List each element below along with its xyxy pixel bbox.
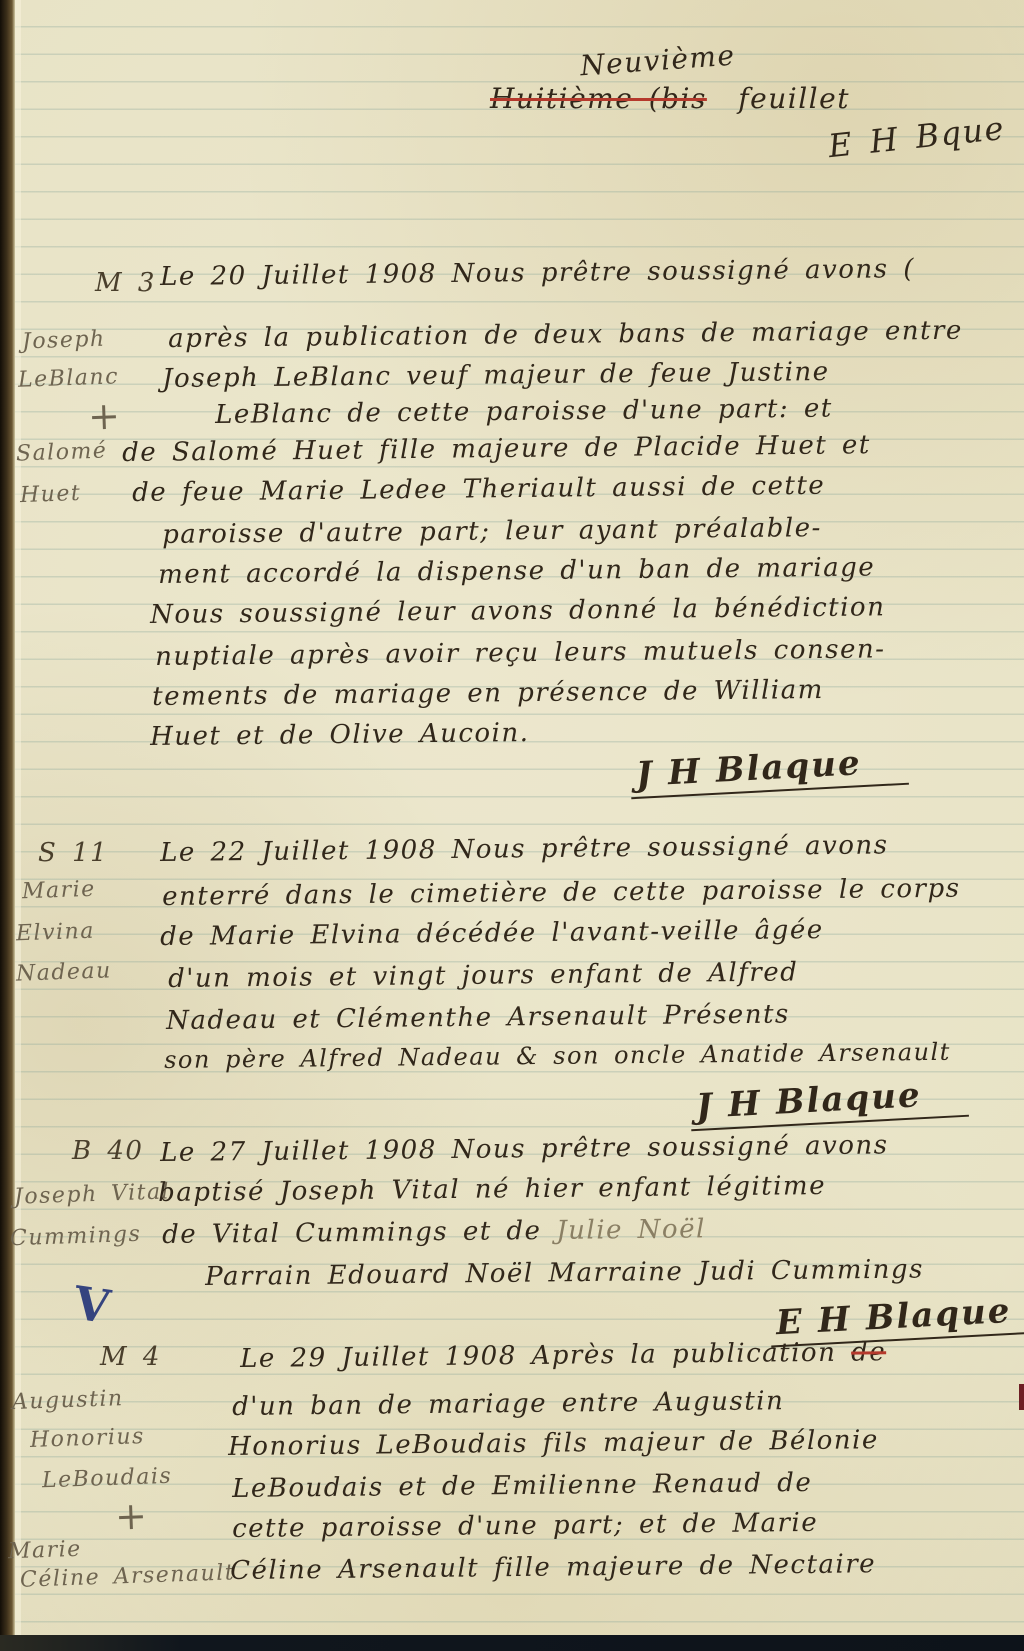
record-line: de Marie Elvina décédée l'avant-veille â… bbox=[160, 915, 824, 952]
margin-note: Honorius bbox=[30, 1424, 146, 1453]
margin-note: LeBoudais bbox=[42, 1464, 173, 1494]
margin-note: Céline Arsenault bbox=[20, 1560, 236, 1592]
record-line: ment accordé la dispense d'un ban de mar… bbox=[158, 552, 875, 590]
margin-note: Cummings bbox=[10, 1222, 142, 1252]
record-line: Le 29 Juillet 1908 Après la publication bbox=[240, 1338, 851, 1374]
record-line: Huet et de Olive Aucoin. bbox=[150, 718, 530, 752]
scan-edge-mark bbox=[1019, 1384, 1024, 1410]
margin-cross: + bbox=[114, 1493, 149, 1538]
record-line: cette paroisse d'une part; et de Marie bbox=[232, 1508, 818, 1544]
margin-note: Huet bbox=[20, 481, 82, 508]
record-line: Nadeau et Clémenthe Arsenault Présents bbox=[166, 999, 790, 1036]
record-line: paroisse d'autre part; leur ayant préala… bbox=[162, 513, 822, 550]
record-line: Joseph LeBlanc veuf majeur de feue Justi… bbox=[162, 357, 830, 394]
signature: J H Blaque bbox=[689, 1073, 969, 1131]
scan-bottom-edge bbox=[0, 1635, 1024, 1651]
folio-correction: Neuvième bbox=[579, 39, 737, 83]
signature: J H Blaque bbox=[629, 741, 909, 799]
record-line: nuptiale après avoir reçu leurs mutuels … bbox=[155, 634, 886, 672]
margin-note: Salomé bbox=[16, 438, 108, 466]
record-line: après la publication de deux bans de mar… bbox=[168, 316, 963, 354]
register-page: Neuvième Huitième (bis feuillet E H Bque… bbox=[0, 0, 1024, 1651]
record-line: d'un mois et vingt jours enfant de Alfre… bbox=[168, 957, 798, 994]
record-line: Honorius LeBoudais fils majeur de Béloni… bbox=[228, 1425, 879, 1462]
margin-cross: + bbox=[87, 393, 122, 438]
record-line: enterré dans le cimetière de cette paroi… bbox=[162, 874, 961, 912]
record-id: S 11 bbox=[38, 838, 108, 868]
record-line-light: Julie Noël bbox=[556, 1214, 706, 1246]
record-line: baptisé Joseph Vital né hier enfant légi… bbox=[158, 1171, 826, 1208]
record-line: de Salomé Huet fille majeure de Placide … bbox=[122, 430, 871, 468]
record-line-struck: de bbox=[851, 1337, 886, 1367]
record-id: M 4 bbox=[100, 1342, 161, 1372]
record-id: B 40 bbox=[72, 1136, 143, 1166]
folio-struck-text: Huitième (bis bbox=[490, 82, 707, 115]
record-line: de Vital Cummings et de bbox=[162, 1216, 556, 1250]
record-line: LeBlanc de cette paroisse d'une part: et bbox=[215, 394, 833, 430]
margin-note: Marie bbox=[8, 1537, 83, 1565]
record-line: d'un ban de mariage entre Augustin bbox=[232, 1386, 784, 1422]
record-line: Le 22 Juillet 1908 Nous prêtre soussigné… bbox=[160, 830, 889, 868]
margin-note: Elvina bbox=[16, 919, 96, 947]
record-line: Nous soussigné leur avons donné la bénéd… bbox=[150, 592, 886, 630]
margin-note: LeBlanc bbox=[18, 364, 120, 393]
margin-note: Augustin bbox=[12, 1386, 124, 1415]
record-line: Le 20 Juillet 1908 Nous prêtre soussigné… bbox=[160, 254, 915, 292]
record-id: M 3 bbox=[95, 268, 156, 298]
record-line: son père Alfred Nadeau & son oncle Anati… bbox=[164, 1038, 951, 1074]
record-line: de feue Marie Ledee Theriault aussi de c… bbox=[132, 471, 825, 508]
record-line: Parrain Edouard Noël Marraine Judi Cummi… bbox=[205, 1254, 924, 1292]
margin-note: Nadeau bbox=[16, 958, 113, 986]
record-line: LeBoudais et de Emilienne Renaud de bbox=[232, 1468, 812, 1504]
record-line: Le 27 Juillet 1908 Nous prêtre soussigné… bbox=[160, 1130, 889, 1168]
margin-note: Joseph Vital bbox=[14, 1179, 171, 1209]
record-line: Céline Arsenault fille majeure de Nectai… bbox=[230, 1549, 876, 1586]
priest-initials: E H Bque bbox=[826, 109, 1006, 165]
check-mark: V bbox=[70, 1276, 114, 1335]
margin-note: Joseph bbox=[22, 327, 106, 355]
record-line: tements de mariage en présence de Willia… bbox=[152, 675, 824, 712]
margin-note: Marie bbox=[22, 877, 97, 905]
folio-word: feuillet bbox=[738, 82, 850, 115]
